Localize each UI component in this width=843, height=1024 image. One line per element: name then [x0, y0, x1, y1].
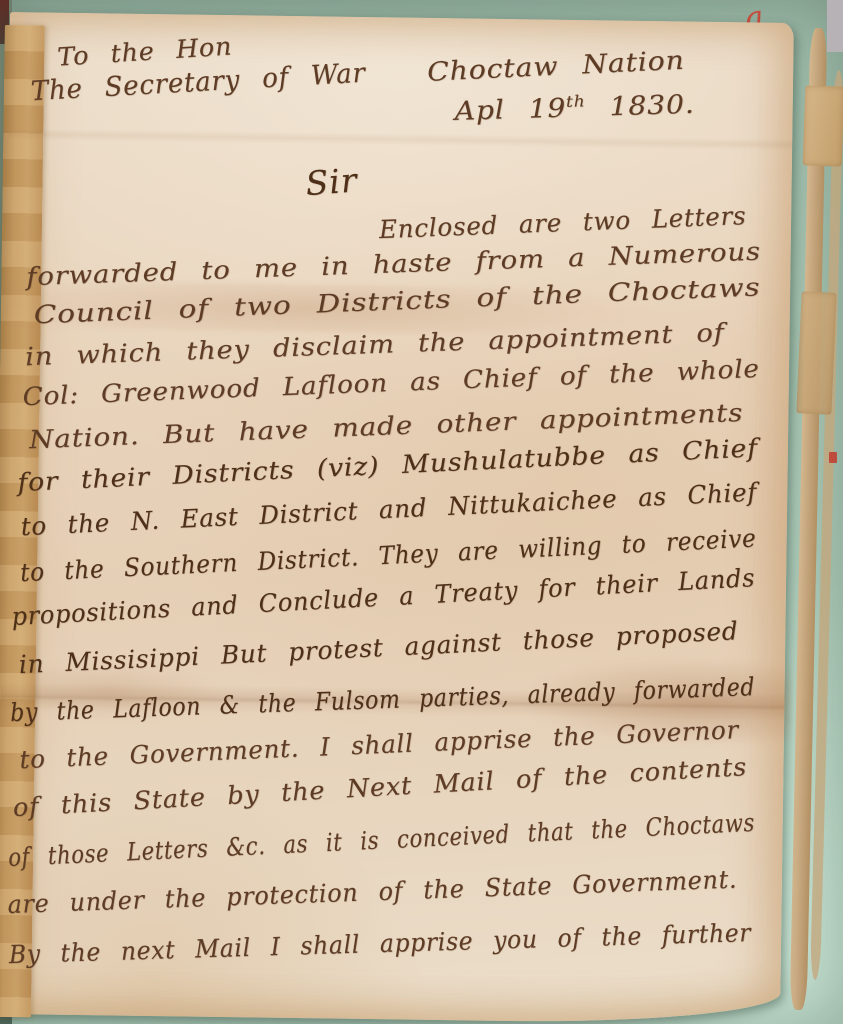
opening-line: Enclosed are two Letters [378, 201, 746, 244]
date-ordinal: th [566, 92, 586, 111]
handwritten-text: To the Hon The Secretary of War Choctaw … [0, 12, 794, 1024]
salutation: Sir [304, 160, 359, 203]
red-edge-mark [829, 452, 837, 463]
letter-page: To the Hon The Secretary of War Choctaw … [0, 12, 794, 1024]
letter-line: in Missisippi But protest against those … [18, 616, 739, 679]
tape-fragment [796, 291, 836, 414]
date-year: 1830. [585, 90, 695, 123]
background-corner [827, 0, 843, 52]
letter-line: By the next Mail I shall apprise you of … [8, 918, 751, 969]
letter-line: of those Letters &c. as it is conceived … [8, 808, 756, 872]
letter-line: are under the protection of the State Go… [7, 865, 738, 919]
dateline-place: Choctaw Nation [426, 46, 685, 88]
tape-fragment [803, 85, 843, 166]
dateline-date: Apl 19th 1830. [454, 89, 695, 127]
date-day: Apl 19 [454, 94, 566, 127]
photograph: a To the Hon The Secretary of War Chocta… [0, 0, 843, 1024]
